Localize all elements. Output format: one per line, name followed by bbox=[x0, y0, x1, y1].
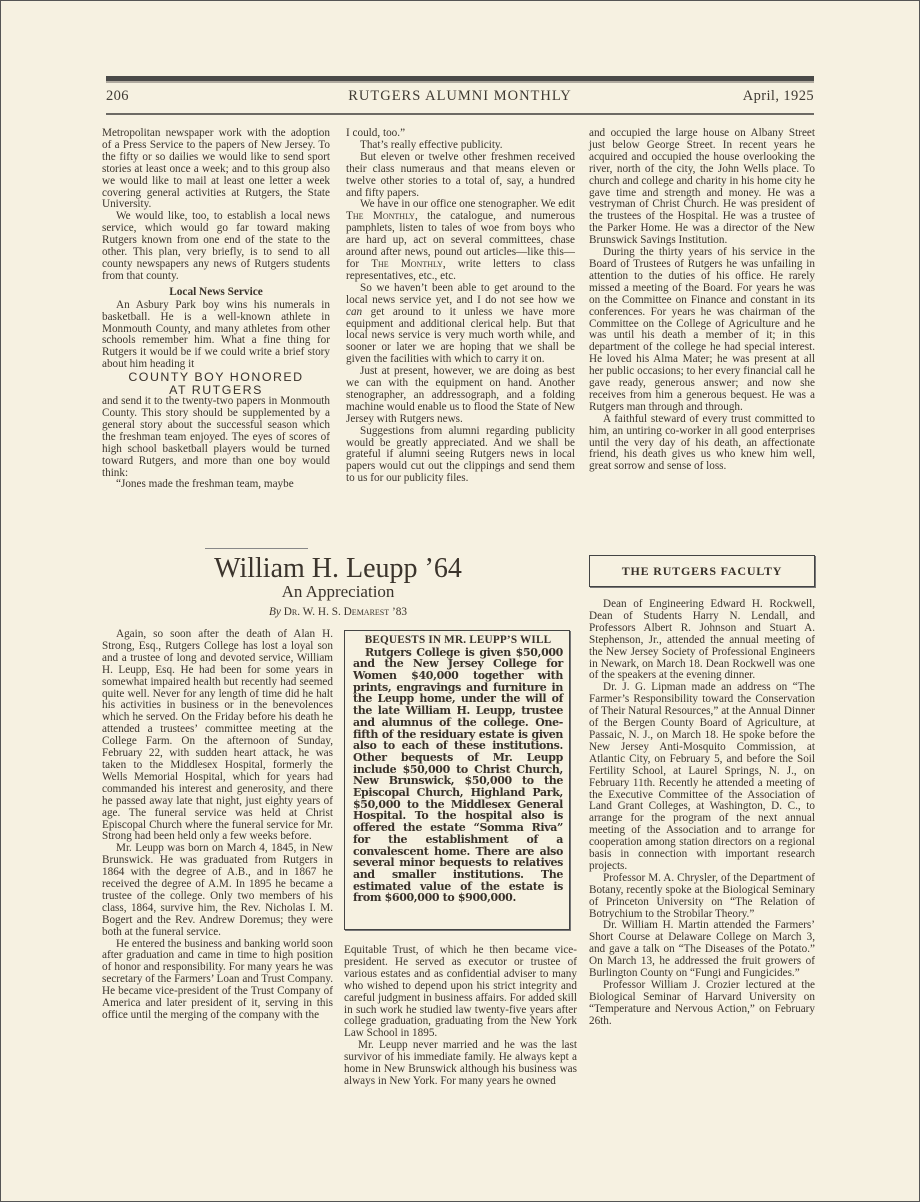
publication-name: The Monthly bbox=[371, 258, 443, 270]
paragraph: A faithful steward of every trust commit… bbox=[589, 414, 815, 474]
paragraph: and occupied the large house on Albany S… bbox=[589, 128, 815, 247]
header-bottom-rule bbox=[106, 113, 814, 115]
publicity-column-2: I could, too.” That’s really effective p… bbox=[346, 128, 575, 485]
byline-author: Dr. W. H. S. Demarest ’83 bbox=[284, 606, 407, 618]
subheading-local-news: Local News Service bbox=[102, 287, 330, 299]
paragraph: Equitable Trust, of which he then became… bbox=[344, 945, 577, 1040]
running-head: 206 RUTGERS ALUMNI MONTHLY April, 1925 bbox=[106, 88, 814, 108]
headline-line: COUNTY BOY HONORED bbox=[102, 371, 330, 384]
text-run: So we haven’t been able to get around to… bbox=[346, 282, 575, 306]
paragraph: and send it to the twenty-two papers in … bbox=[102, 396, 330, 479]
publicity-column-1: Metropolitan newspaper work with the ado… bbox=[102, 128, 330, 491]
paragraph: We would like, too, to establish a local… bbox=[102, 211, 330, 282]
article-title: William H. Leupp ’64 bbox=[102, 554, 574, 584]
bequests-box: BEQUESTS IN MR. LEUPP’S WILL Rutgers Col… bbox=[344, 630, 570, 930]
paragraph: Professor M. A. Chrysler, of the Departm… bbox=[589, 873, 815, 921]
paragraph: We have in our office one stenographer. … bbox=[346, 199, 575, 282]
paragraph: But eleven or twelve other freshmen rece… bbox=[346, 152, 575, 200]
faculty-heading: THE RUTGERS FACULTY bbox=[589, 555, 815, 587]
leupp-column-1: Again, so soon after the death of Alan H… bbox=[102, 629, 333, 1022]
text-run: We have in our office one stenographer. … bbox=[360, 198, 575, 210]
paragraph: “Jones made the freshman team, maybe bbox=[102, 479, 330, 491]
publication-title: RUTGERS ALUMNI MONTHLY bbox=[106, 88, 814, 105]
paragraph: Suggestions from alumni regarding public… bbox=[346, 426, 575, 486]
paragraph: Dean of Engineering Edward H. Rockwell, … bbox=[589, 599, 815, 682]
emphasis: can bbox=[346, 306, 362, 318]
article-subtitle: An Appreciation bbox=[102, 583, 574, 601]
issue-date: April, 1925 bbox=[743, 88, 814, 105]
paragraph: Professor William J. Crozier lectured at… bbox=[589, 980, 815, 1028]
paragraph: Dr. J. G. Lipman made an address on “The… bbox=[589, 682, 815, 873]
paragraph: Dr. William H. Martin attended the Farme… bbox=[589, 920, 815, 980]
leupp-column-3: and occupied the large house on Albany S… bbox=[589, 128, 815, 473]
publication-name: The Monthly bbox=[346, 210, 415, 222]
paragraph: Metropolitan newspaper work with the ado… bbox=[102, 128, 330, 211]
sample-headline: COUNTY BOY HONORED AT RUTGERS bbox=[102, 371, 330, 396]
paragraph: Again, so soon after the death of Alan H… bbox=[102, 629, 333, 843]
faculty-column: THE RUTGERS FACULTY Dean of Engineering … bbox=[589, 555, 815, 1028]
text-run: get around to it unless we have more equ… bbox=[346, 306, 575, 366]
paragraph: An Asbury Park boy wins his numerals in … bbox=[102, 300, 330, 371]
paragraph: During the thirty years of his service i… bbox=[589, 247, 815, 414]
header-top-rule bbox=[106, 76, 814, 83]
paragraph: Mr. Leupp never married and he was the l… bbox=[344, 1040, 577, 1088]
article-byline: By Dr. W. H. S. Demarest ’83 bbox=[102, 606, 574, 618]
paragraph: Just at present, however, we are doing a… bbox=[346, 366, 575, 426]
bequests-heading: BEQUESTS IN MR. LEUPP’S WILL bbox=[353, 635, 563, 647]
leupp-column-2: Equitable Trust, of which he then became… bbox=[344, 945, 577, 1088]
section-divider bbox=[205, 548, 308, 549]
bequests-text: Rutgers College is given $50,000 and the… bbox=[353, 647, 563, 904]
paragraph: So we haven’t been able to get around to… bbox=[346, 283, 575, 366]
byline-prefix: By bbox=[269, 606, 281, 618]
paragraph: He entered the business and banking worl… bbox=[102, 939, 333, 1022]
paragraph: Mr. Leupp was born on March 4, 1845, in … bbox=[102, 843, 333, 938]
